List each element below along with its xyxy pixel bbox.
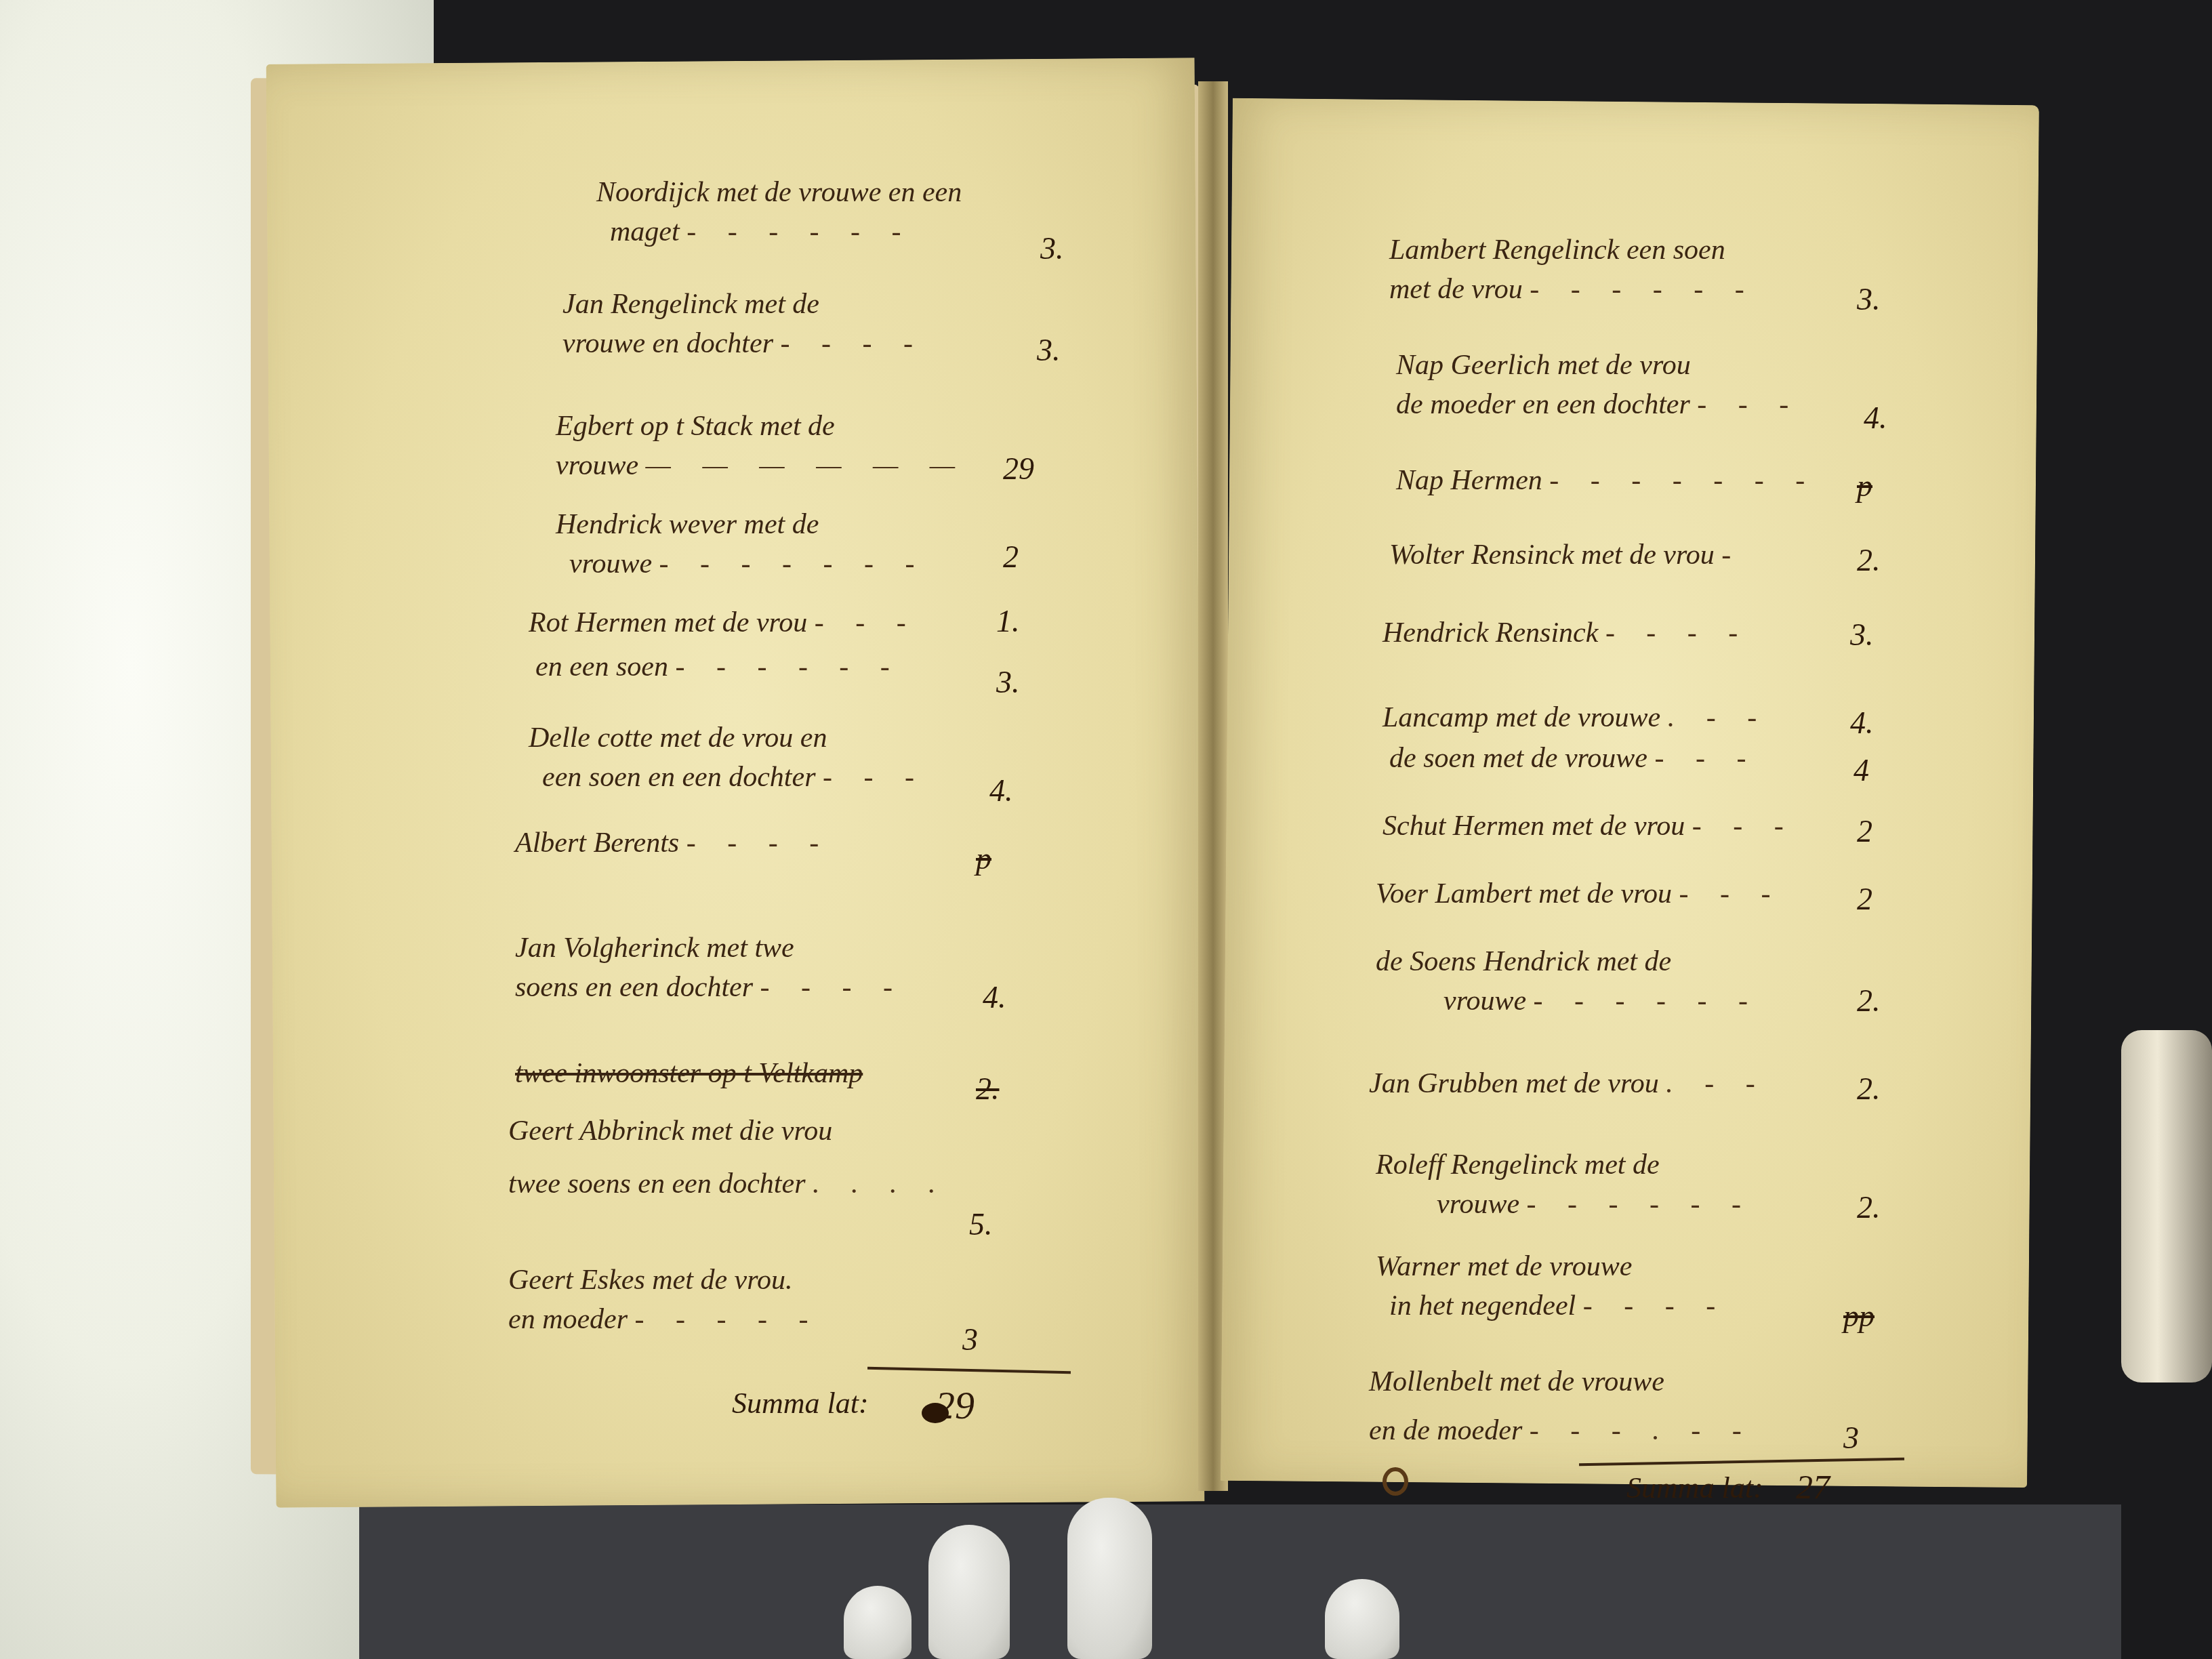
entry-line: Hendrick wever met de — [556, 505, 927, 544]
right-count-10: 2. — [1857, 983, 1881, 1019]
gloved-finger — [844, 1586, 912, 1659]
entry-line: Geert Abbrinck met die vrou — [508, 1111, 948, 1151]
left-count-10: 2. — [976, 1071, 1000, 1107]
left-entry-7: Delle cotte met de vrou en een soen en e… — [529, 718, 926, 797]
grey-foam-support — [359, 1504, 2121, 1659]
right-count-1: 3. — [1857, 281, 1881, 317]
entry-line: Hendrick Rensinck - - - - — [1382, 613, 1750, 653]
left-count-5: 1. — [996, 603, 1020, 639]
right-sum-label: Summa lat: — [1626, 1471, 1763, 1505]
left-entry-11: Geert Abbrinck met die vrou twee soens e… — [508, 1111, 948, 1204]
entry-line: Rot Hermen met de vrou - - - — [529, 603, 918, 642]
entry-line: Jan Rengelinck met de — [562, 285, 925, 324]
right-entry-9: Voer Lambert met de vrou - - - — [1376, 874, 1783, 914]
right-count-3: p — [1857, 468, 1872, 504]
entry-line: Lambert Rengelinck een soen — [1389, 230, 1757, 270]
entry-line: de Soens Hendrick met de — [1376, 942, 1760, 981]
left-count-4: 2 — [1003, 539, 1019, 575]
left-entry-2: Jan Rengelinck met de vrouwe en dochter … — [562, 285, 925, 363]
right-count-7: 4 — [1853, 752, 1869, 788]
entry-line: vrouwe - - - - - - — [1376, 1185, 1753, 1224]
left-entry-1: Noordijck met de vrouwe en een maget - -… — [596, 173, 962, 251]
left-count-8: p — [976, 840, 991, 876]
entry-line: Wolter Rensinck met de vrou - — [1389, 535, 1743, 575]
entry-line: een soen en een dochter - - - — [529, 758, 926, 797]
left-count-1: 3. — [1040, 230, 1064, 266]
ink-stain — [1382, 1467, 1408, 1496]
right-count-4: 2. — [1857, 542, 1881, 578]
entry-line: Nap Geerlich met de vrou — [1396, 346, 1801, 385]
right-entry-4: Wolter Rensinck met de vrou - — [1389, 535, 1743, 575]
entry-line: Warner met de vrouwe — [1376, 1247, 1727, 1286]
right-entry-5: Hendrick Rensinck - - - - — [1382, 613, 1750, 653]
entry-line: Jan Volgherinck met twe — [515, 928, 905, 968]
right-entry-1: Lambert Rengelinck een soen met de vrou … — [1389, 230, 1757, 309]
entry-line: Lancamp met de vrouwe . - - — [1382, 698, 1769, 737]
gloved-finger — [928, 1525, 1010, 1659]
entry-line: Mollenbelt met de vrouwe — [1369, 1362, 1754, 1401]
entry-line: twee inwoonster op t Veltkamp — [515, 1054, 863, 1093]
right-sum-value: 27 — [1796, 1467, 1830, 1507]
right-entry-8: Schut Hermen met de vrou - - - — [1382, 806, 1796, 846]
right-entry-14: Mollenbelt met de vrouwe en de moeder - … — [1369, 1362, 1754, 1450]
right-count-6: 4. — [1850, 705, 1874, 741]
entry-line: in het negendeel - - - - — [1376, 1286, 1727, 1326]
right-entry-6: Lancamp met de vrouwe . - - — [1382, 698, 1769, 737]
book-weight-clamp — [2121, 1030, 2212, 1382]
entry-line: soens en een dochter - - - - — [515, 968, 905, 1007]
entry-line: Voer Lambert met de vrou - - - — [1376, 874, 1783, 914]
right-count-8: 2 — [1857, 813, 1872, 849]
right-entry-13: Warner met de vrouwe in het negendeel - … — [1376, 1247, 1727, 1326]
left-entry-12: Geert Eskes met de vrou. en moeder - - -… — [508, 1261, 821, 1339]
right-entry-11: Jan Grubben met de vrou . - - — [1369, 1064, 1767, 1103]
entry-line: Albert Berents - - - - — [515, 823, 831, 863]
gloved-finger — [1067, 1498, 1152, 1659]
left-count-11: 5. — [969, 1206, 993, 1242]
left-count-9: 4. — [983, 979, 1006, 1015]
left-entry-8: Albert Berents - - - - — [515, 823, 831, 863]
right-count-9: 2 — [1857, 881, 1872, 917]
left-count-2: 3. — [1037, 332, 1061, 368]
entry-line: Roleff Rengelinck met de — [1376, 1145, 1753, 1185]
right-count-14: 3 — [1843, 1420, 1859, 1456]
left-entry-10-struck: twee inwoonster op t Veltkamp — [515, 1054, 863, 1093]
left-sum-label: Summa lat: — [732, 1386, 869, 1420]
entry-line: en de moeder - - - . - - — [1369, 1401, 1754, 1450]
right-entry-10: de Soens Hendrick met de vrouwe - - - - … — [1376, 942, 1760, 1021]
ink-blot — [922, 1403, 949, 1423]
entry-line: vrouwe en dochter - - - - — [562, 324, 925, 363]
right-count-5: 3. — [1850, 617, 1874, 653]
left-count-12: 3 — [962, 1322, 978, 1357]
entry-line: vrouwe — — — — — — — [556, 446, 967, 485]
left-count-6: 3. — [996, 664, 1020, 700]
right-count-2: 4. — [1864, 400, 1887, 436]
left-entry-9: Jan Volgherinck met twe soens en een doc… — [515, 928, 905, 1007]
left-entry-5: Rot Hermen met de vrou - - - — [529, 603, 918, 642]
entry-line: Noordijck met de vrouwe en een — [596, 173, 962, 212]
right-entry-12: Roleff Rengelinck met de vrouwe - - - - … — [1376, 1145, 1753, 1224]
entry-line: de soen met de vrouwe - - - — [1389, 739, 1758, 778]
entry-line: maget - - - - - - — [596, 212, 962, 251]
entry-line: twee soens en een dochter . . . . — [508, 1151, 948, 1204]
entry-line: Schut Hermen met de vrou - - - — [1382, 806, 1796, 846]
right-count-13: pp — [1843, 1298, 1875, 1334]
left-entry-6: en een soen - - - - - - — [535, 647, 902, 687]
entry-line: vrouwe - - - - - - — [1376, 981, 1760, 1021]
entry-line: Nap Hermen - - - - - - - — [1396, 461, 1817, 500]
left-entry-4: Hendrick wever met de vrouwe - - - - - -… — [556, 505, 927, 583]
entry-line: en moeder - - - - - — [508, 1300, 821, 1339]
entry-line: Geert Eskes met de vrou. — [508, 1261, 821, 1300]
right-count-11: 2. — [1857, 1071, 1881, 1107]
left-count-3: 29 — [1003, 451, 1034, 487]
right-entry-3: Nap Hermen - - - - - - - — [1396, 461, 1817, 500]
entry-line: Jan Grubben met de vrou . - - — [1369, 1064, 1767, 1103]
left-entry-3: Egbert op t Stack met de vrouwe — — — — … — [556, 407, 967, 485]
entry-line: de moeder en een dochter - - - — [1396, 385, 1801, 424]
entry-line: vrouwe - - - - - - - — [556, 544, 927, 583]
entry-line: en een soen - - - - - - — [535, 647, 902, 687]
right-count-12: 2. — [1857, 1189, 1881, 1225]
entry-line: Egbert op t Stack met de — [556, 407, 967, 446]
entry-line: met de vrou - - - - - - — [1389, 270, 1757, 309]
gloved-finger — [1325, 1579, 1399, 1659]
left-count-7: 4. — [989, 773, 1013, 808]
right-entry-7: de soen met de vrouwe - - - — [1389, 739, 1758, 778]
right-entry-2: Nap Geerlich met de vrou de moeder en ee… — [1396, 346, 1801, 424]
entry-line: Delle cotte met de vrou en — [529, 718, 926, 758]
